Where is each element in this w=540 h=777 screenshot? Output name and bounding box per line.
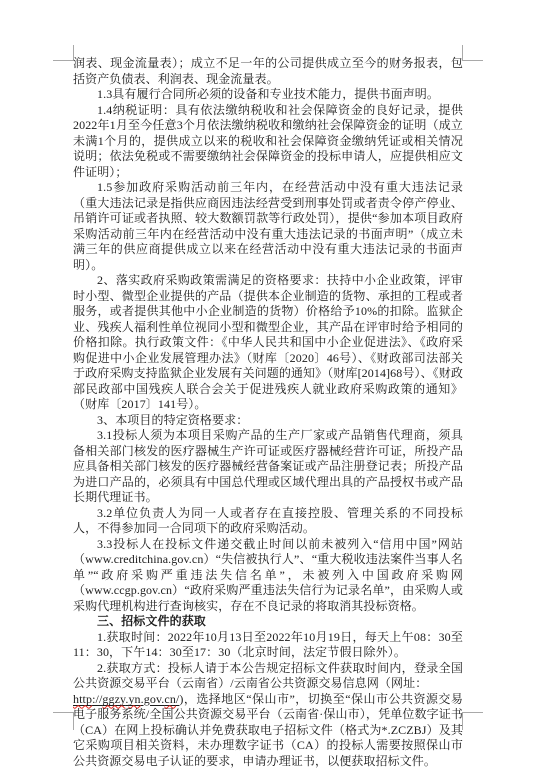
text-run: 三、招标文件的获取 — [97, 614, 206, 628]
text-run: 1.3具有履行合同所必须的设备和专业技术能力，提供书面声明。 — [97, 87, 439, 101]
para-3-1-manufacturer-or-agent: 3.1投标人须为本项目采购产品的生产厂家或产品销售代理商，须具备相关部门核发的医… — [73, 428, 463, 506]
text-run: 1.4纳税证明：具有依法缴纳税收和社会保障资金的良好记录，提供2022年1月至今… — [73, 103, 463, 179]
text-run: 3、本项目的特定资格要求： — [97, 413, 248, 427]
document-body: 润表、现金流量表）；成立不足一年的公司提供成立至今的财务报表，包括资产负债表、利… — [73, 56, 463, 769]
text-run: 2.获取方式：投标人请于本公告规定招标文件获取时间内，登录全国公共资源交易平台（… — [73, 661, 463, 691]
url-text: .gov. — [141, 692, 165, 706]
document-page: 润表、现金流量表）；成立不足一年的公司提供成立至今的财务报表，包括资产负债表、利… — [0, 0, 540, 777]
para-1-3-equipment: 1.3具有履行合同所必须的设备和专业技术能力，提供书面声明。 — [73, 87, 463, 103]
spellcheck-flagged-text: ggzy — [102, 692, 125, 706]
spellcheck-flagged-text: cn — [164, 692, 176, 706]
para-3-2-same-principal: 3.2单位负责人为同一人或者存在直接控股、管理关系的不同投标人，不得参加同一合同… — [73, 506, 463, 537]
text-run: 3.2单位负责人为同一人或者存在直接控股、管理关系的不同投标人，不得参加同一合同… — [73, 506, 463, 536]
text-run: 3.3投标人在投标文件递交截止时间以前未被列入“信用中国”网站（www.cred… — [73, 537, 463, 613]
para-financial-statements-continued: 润表、现金流量表）；成立不足一年的公司提供成立至今的财务报表，包括资产负债表、利… — [73, 56, 463, 87]
para-2-procurement-policy: 2、落实政府采购政策需满足的资格要求：扶持中小企业政策，评审时小型、微型企业提供… — [73, 273, 463, 413]
para-obtain-method: 2.获取方式：投标人请于本公告规定招标文件获取时间内，登录全国公共资源交易平台（… — [73, 661, 463, 770]
para-3-3-credit-records: 3.3投标人在投标文件递交截止时间以前未被列入“信用中国”网站（www.cred… — [73, 537, 463, 615]
para-obtain-time: 1.获取时间：2022年10月13日至2022年10月19日，每天上午08：30… — [73, 630, 463, 661]
para-3-specific-requirements: 3、本项目的特定资格要求： — [73, 413, 463, 429]
spellcheck-flagged-text: http — [73, 692, 92, 706]
text-run: 润表、现金流量表）；成立不足一年的公司提供成立至今的财务报表，包括资产负债表、利… — [73, 56, 463, 86]
url-text: :// — [92, 692, 102, 706]
heading-section-3-obtain-documents: 三、招标文件的获取 — [73, 614, 463, 630]
margin-crop-mark-bottom-right — [462, 712, 483, 730]
text-run: 1.5参加政府采购活动前三年内，在经营活动中没有重大违法记录（重大违法记录是指供… — [73, 180, 463, 272]
text-run: 3.1投标人须为本项目采购产品的生产厂家或产品销售代理商，须具备相关部门核发的医… — [73, 428, 463, 504]
text-run: 1.获取时间：2022年10月13日至2022年10月19日，每天上午08：30… — [73, 630, 463, 660]
para-1-5-no-major-violation: 1.5参加政府采购活动前三年内，在经营活动中没有重大违法记录（重大违法记录是指供… — [73, 180, 463, 273]
margin-crop-mark-top-left — [53, 45, 74, 61]
text-run: 2、落实政府采购政策需满足的资格要求：扶持中小企业政策，评审时小型、微型企业提供… — [73, 273, 463, 411]
para-1-4-tax-certificate: 1.4纳税证明：具有依法缴纳税收和社会保障资金的良好记录，提供2022年1月至今… — [73, 103, 463, 181]
margin-crop-mark-top-right — [462, 45, 483, 61]
document-url-link[interactable]: http://ggzy.yn.gov.cn/ — [73, 692, 179, 706]
margin-crop-mark-bottom-left — [53, 712, 74, 730]
spellcheck-flagged-text: yn — [128, 692, 140, 706]
